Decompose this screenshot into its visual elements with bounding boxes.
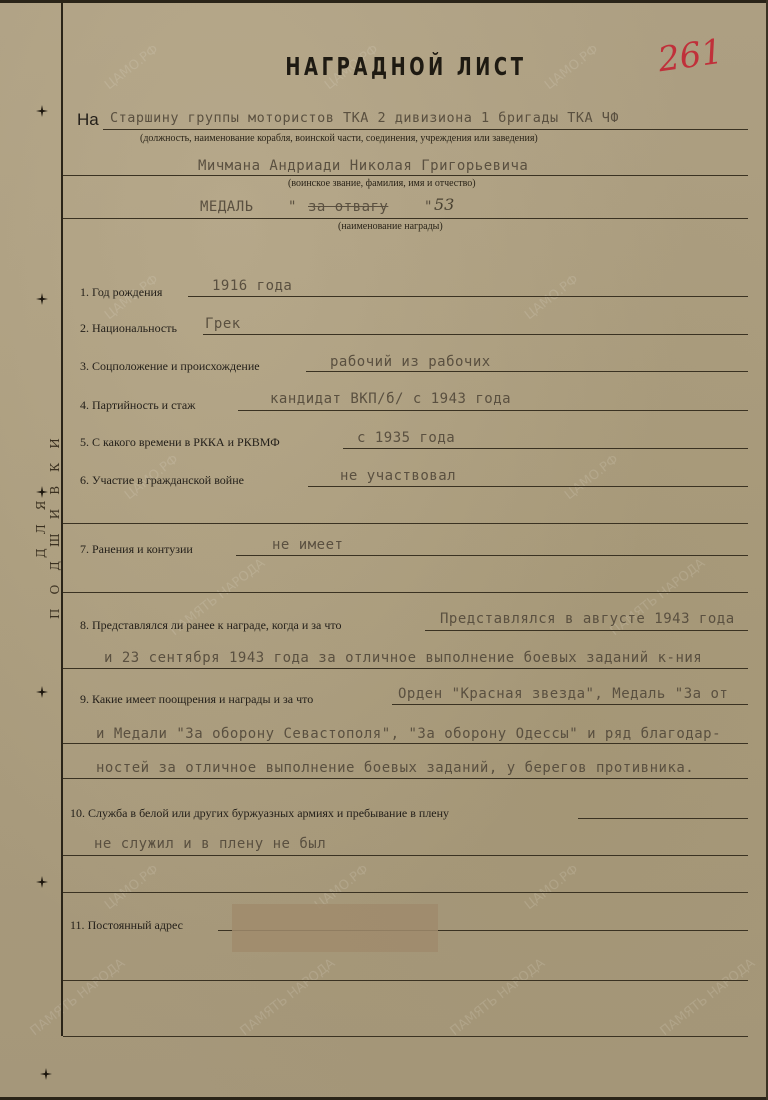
punch-hole-icon (36, 486, 48, 498)
field-3-line (306, 371, 748, 372)
field-1-label: 1. Год рождения (80, 285, 162, 300)
award-prefix: МЕДАЛЬ (200, 199, 254, 215)
field-10-extra-line (63, 892, 748, 893)
field-11-extra-line-1 (63, 980, 748, 981)
field-5-label: 5. С какого времени в РККА и РКВМФ (80, 435, 280, 450)
punch-hole-icon (36, 293, 48, 305)
punch-hole-icon (40, 1068, 52, 1080)
field-2-line (203, 334, 748, 335)
field-7-line (236, 555, 748, 556)
position-value: Старшину группы мотористов ТКА 2 дивизио… (110, 110, 619, 126)
field-8-value: Представлялся в августе 1943 года (440, 611, 735, 627)
field-8-continuation-line (63, 668, 748, 669)
field-4-value: кандидат ВКП/б/ с 1943 года (270, 391, 511, 407)
document-title: НАГРАДНОЙ ЛИСТ (114, 52, 699, 81)
field-9-value: Орден "Красная звезда", Медаль "За от (398, 686, 728, 702)
punch-hole-icon (36, 105, 48, 117)
field-10-line (578, 818, 748, 819)
field-9-line (392, 704, 748, 705)
field-6-line (308, 486, 748, 487)
field-8-line (425, 630, 748, 631)
position-line (103, 129, 748, 130)
field-1-line (188, 296, 748, 297)
binding-margin-label: ДЛЯ ПОДШИВКИ (34, 382, 54, 662)
field-10-continuation: не служил и в плену не был (94, 836, 326, 852)
field-6-value: не участвовал (340, 468, 456, 484)
field-1-value: 1916 года (212, 278, 292, 294)
field-11-label: 11. Постоянный адрес (70, 918, 183, 933)
field-9-continuation-1: и Медали "За оборону Севастополя", "За о… (96, 726, 721, 742)
field-6-extra-line (63, 523, 748, 524)
page-top-edge (0, 0, 768, 3)
field-5-value: с 1935 года (357, 430, 455, 446)
award-quote-open: " (288, 199, 297, 215)
field-2-label: 2. Национальность (80, 321, 177, 336)
field-9-continuation-2-line (63, 778, 748, 779)
field-11-extra-line-2 (63, 1036, 748, 1037)
field-2-value: Грек (205, 316, 241, 332)
rank-name-caption: (воинское звание, фамилия, имя и отчеств… (288, 178, 476, 189)
field-5-line (343, 448, 748, 449)
award-caption: (наименование награды) (338, 221, 443, 232)
award-handwritten-note: 53 (434, 195, 454, 214)
rank-name-value: Мичмана Андриади Николая Григорьевича (198, 158, 528, 174)
field-8-label: 8. Представлялся ли ранее к награде, ког… (80, 618, 342, 633)
rank-name-line (63, 175, 748, 176)
field-10-label: 10. Служба в белой или других буржуазных… (70, 806, 449, 821)
field-4-line (238, 410, 748, 411)
field-3-value: рабочий из рабочих (330, 354, 491, 370)
field-9-label: 9. Какие имеет поощрения и награды и за … (80, 692, 313, 707)
punch-hole-icon (36, 686, 48, 698)
punch-hole-icon (36, 876, 48, 888)
field-9-continuation-2: ностей за отличное выполнение боевых зад… (96, 760, 694, 776)
award-quote-close: " (424, 199, 433, 215)
field-7-value: не имеет (272, 537, 343, 553)
field-4-label: 4. Партийность и стаж (80, 398, 195, 413)
field-10-continuation-line (63, 855, 748, 856)
field-7-label: 7. Ранения и контузии (80, 542, 193, 557)
addressee-prefix: На (77, 110, 99, 130)
field-8-continuation: и 23 сентября 1943 года за отличное выпо… (104, 650, 702, 666)
redacted-address-block (232, 904, 438, 952)
field-6-label: 6. Участие в гражданской войне (80, 473, 244, 488)
award-struck-name: за отвагу (308, 199, 388, 215)
field-9-continuation-1-line (63, 743, 748, 744)
field-7-extra-line (63, 592, 748, 593)
position-caption: (должность, наименование корабля, воинск… (140, 133, 538, 144)
field-3-label: 3. Соцположение и происхождение (80, 359, 260, 374)
award-line (63, 218, 748, 219)
